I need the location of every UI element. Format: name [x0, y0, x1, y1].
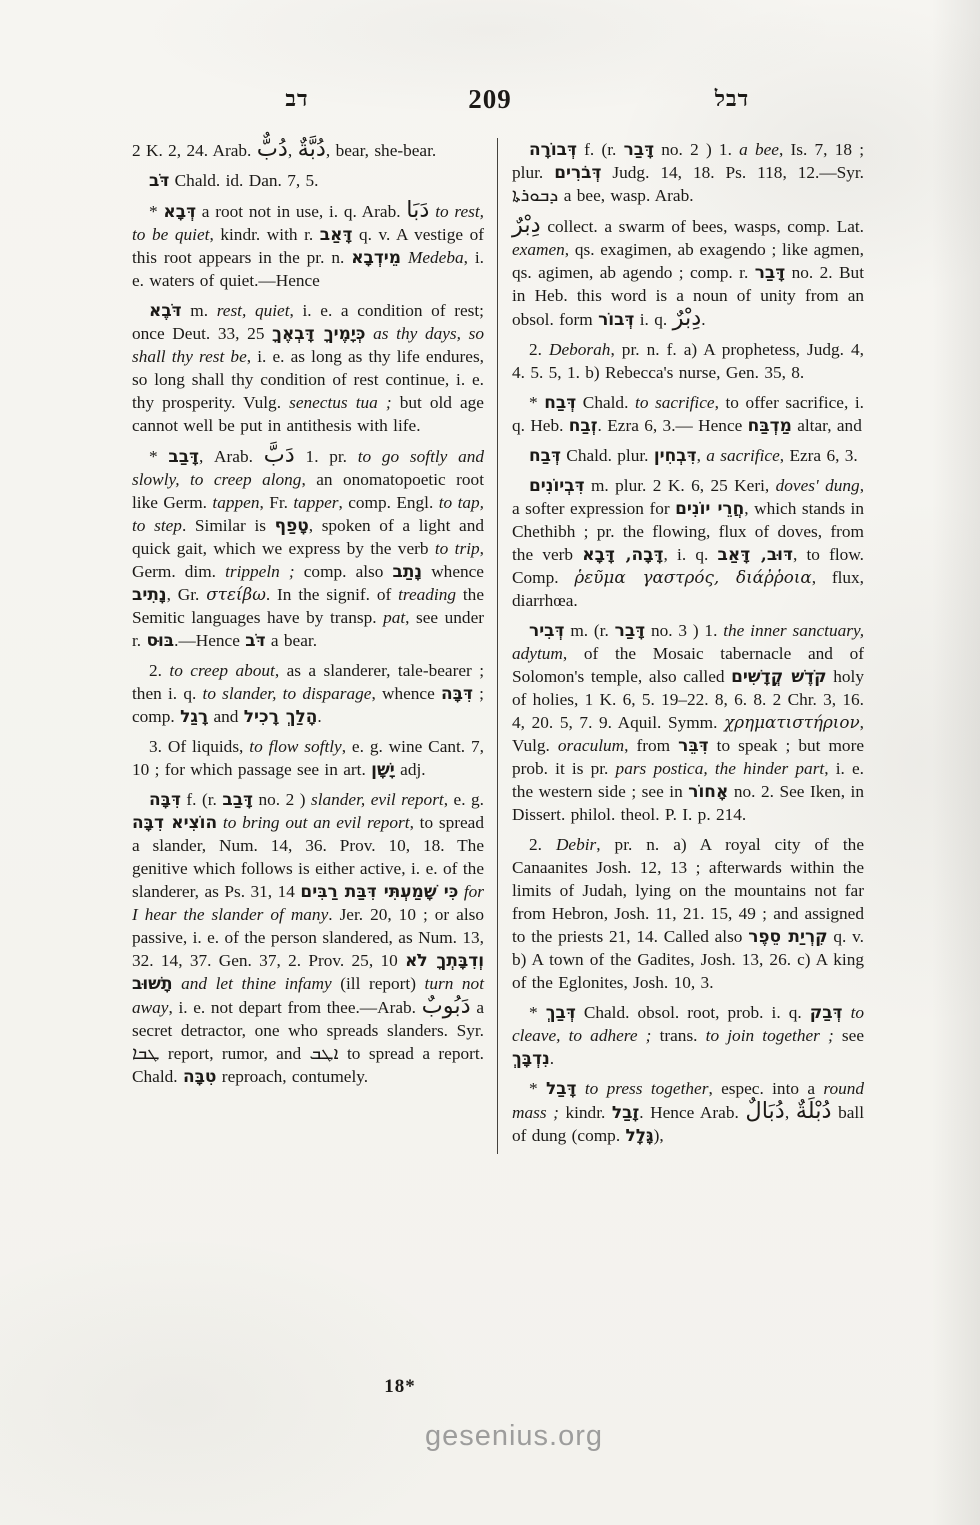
- heb-text: נָתִיב: [132, 584, 167, 604]
- ar-text: دَبُوبٌ: [422, 993, 471, 1019]
- it-text: treading: [398, 585, 456, 604]
- it-text: a sacrifice: [706, 446, 780, 465]
- text-segment: *: [529, 1003, 546, 1022]
- text-segment: , Fr.: [259, 493, 293, 512]
- entry-paragraph: * דָּבַל to press together, espec. into …: [512, 1077, 864, 1147]
- text-segment: 2 K. 2, 24. Arab.: [132, 141, 257, 160]
- entry-paragraph: 3. Of liquids, to flow softly, e. g. win…: [132, 735, 484, 781]
- text-segment: , Gr.: [167, 585, 207, 604]
- heb-text: דִּבֵּר: [678, 735, 708, 755]
- syr-text: ܕܒܘܪܬܐ: [512, 185, 558, 206]
- entry-paragraph: 2. Debir, pr. n. a) A royal city of the …: [512, 833, 864, 994]
- text-segment: a bee, wasp. Arab.: [558, 186, 693, 205]
- text-segment: Chald. id. Dan. 7, 5.: [169, 171, 318, 190]
- text-segment: collect. a swarm of bees, wasps, comp. L…: [541, 217, 864, 236]
- text-segment: , bear, she-bear.: [326, 141, 436, 160]
- it-text: tappen: [212, 493, 259, 512]
- ar-text: دِبْرٌ: [673, 305, 702, 331]
- gr-text: ῥεῦμα γαστρός, διάῤῥοια: [574, 567, 811, 587]
- heb-text: דָּבָה, דָּבָא: [582, 544, 663, 564]
- text-segment: Chald. obsol. root, prob. i. q.: [576, 1003, 810, 1022]
- text-segment: *: [149, 202, 163, 221]
- entry-paragraph: 2. to creep about, as a slanderer, tale-…: [132, 659, 484, 728]
- text-segment: ,: [288, 141, 298, 160]
- text-segment: whence: [422, 562, 484, 581]
- it-text: to sacrifice: [635, 393, 715, 412]
- heb-text: טָפַף: [275, 515, 309, 535]
- text-segment: trans.: [651, 1026, 705, 1045]
- text-segment: [843, 1003, 851, 1022]
- text-segment: i. q.: [634, 310, 672, 329]
- heb-text: כִּי שָׁמַעְתִּי דִּבַּת רַבִּים: [300, 881, 458, 901]
- text-segment: .: [550, 1049, 554, 1068]
- heb-text: דִּבָּה: [441, 683, 473, 703]
- it-text: to slander, to disparage: [203, 684, 372, 703]
- ar-text: دُبَالٌ: [745, 1098, 784, 1124]
- text-segment: . Ezra 6, 3.— Hence: [598, 416, 748, 435]
- text-segment: , from: [624, 736, 678, 755]
- heb-text: דָּבַב: [168, 446, 199, 466]
- heb-text: דּוּב, דָּאַב: [718, 544, 793, 564]
- text-segment: ,: [697, 446, 707, 465]
- entry-paragraph: דִּבָּה f. (r. דָּבַב no. 2 ) slander, e…: [132, 788, 484, 1088]
- entry-paragraph: דֹּב Chald. id. Dan. 7, 5.: [132, 169, 484, 192]
- text-segment: report, rumor, and: [160, 1044, 310, 1063]
- ar-text: دُبَّةٌ: [298, 136, 326, 162]
- heb-text: טִבָּה: [183, 1066, 216, 1086]
- text-segment: m. (r.: [564, 621, 614, 640]
- text-segment: 3. Of liquids,: [149, 737, 249, 756]
- text-segment: a root not in use, i. q. Arab.: [196, 202, 406, 221]
- text-segment: (ill report): [332, 974, 425, 993]
- text-segment: , e. g.: [444, 790, 484, 809]
- syr-text: ܐܛܒ: [310, 1043, 339, 1064]
- text-segment: , espec. into a: [708, 1079, 823, 1098]
- heb-text: דְּבִיר: [529, 620, 564, 640]
- text-segment: *: [149, 447, 168, 466]
- text-segment: , Arab.: [199, 447, 264, 466]
- text-segment: and: [208, 707, 244, 726]
- text-segment: m.: [182, 301, 217, 320]
- text-segment: f. (r.: [181, 790, 222, 809]
- it-text: pars postica, the hinder part: [616, 759, 825, 778]
- page-number: 209: [430, 84, 550, 115]
- heb-text: דְּבַךְ: [546, 1002, 576, 1022]
- entry-paragraph: * דְּבָא a root not in use, i. q. Arab. …: [132, 199, 484, 292]
- text-segment: , Ezra 6, 3.: [780, 446, 858, 465]
- it-text: Medeba: [408, 248, 464, 267]
- text-segment: *: [529, 1079, 546, 1098]
- text-segment: 2.: [529, 835, 556, 854]
- it-text: senectus tua ;: [289, 393, 392, 412]
- heb-text: דְּבַח: [529, 445, 561, 465]
- entry-paragraph: דְּבִיר m. (r. דָּבַר no. 3 ) 1. the inn…: [512, 619, 864, 826]
- it-text: oraculum: [558, 736, 624, 755]
- heb-text: מַדְבַּח: [748, 415, 792, 435]
- entry-paragraph: דִּבְיוֹנִים m. plur. 2 K. 6, 25 Keri, d…: [512, 474, 864, 612]
- heb-text: אָחוֹר: [688, 781, 728, 801]
- ar-text: دُبٌّ: [257, 136, 288, 162]
- syr-text: ܛܒܐ: [132, 1043, 160, 1064]
- heb-text: נִדְבָּךְ: [512, 1048, 550, 1068]
- it-text: slander, evil report: [311, 790, 444, 809]
- page-header: דב 209 דבל: [0, 84, 980, 124]
- text-segment: .: [317, 707, 321, 726]
- text-segment: , kindr. with r.: [209, 225, 319, 244]
- text-segment: [365, 324, 373, 343]
- heb-text: דָּבַר: [624, 139, 654, 159]
- text-segment: reproach, contumely.: [216, 1067, 368, 1086]
- entry-paragraph: דְּבַח Chald. plur. דִּבְחִין, a sacrifi…: [512, 444, 864, 467]
- it-text: rest, quiet: [217, 301, 290, 320]
- it-text: Deborah: [549, 340, 610, 359]
- heb-text: נָתַב: [393, 561, 423, 581]
- heb-text: דְּבוֹרָה: [529, 139, 577, 159]
- text-segment: 2.: [529, 340, 549, 359]
- text-segment: [577, 1079, 585, 1098]
- watermark: gesenius.org: [425, 1420, 603, 1453]
- it-text: Debir: [556, 835, 596, 854]
- heb-text: דֹּב: [149, 170, 169, 190]
- entry-paragraph: * דְּבַךְ Chald. obsol. root, prob. i. q…: [512, 1001, 864, 1070]
- column-right: דְּבוֹרָה f. (r. דָּבַר no. 2 ) 1. a bee…: [497, 138, 864, 1154]
- heb-text: גָּלָל: [626, 1125, 654, 1145]
- scanned-lexicon-page: דב 209 דבל 2 K. 2, 24. Arab. دُبٌّ, دُبَ…: [0, 0, 980, 1525]
- text-segment: 1. pr.: [295, 447, 358, 466]
- text-segment: .—Hence: [174, 631, 245, 650]
- text-segment: . Similar is: [182, 516, 275, 535]
- entry-paragraph: דְּבוֹרָה f. (r. דָּבַר no. 2 ) 1. a bee…: [512, 138, 864, 207]
- heb-text: דְּבַח: [544, 392, 576, 412]
- ar-text: دُبْلَةٌ: [796, 1098, 832, 1124]
- text-segment: kindr.: [559, 1103, 612, 1122]
- it-text: and let thine infamy: [181, 974, 332, 993]
- entry-paragraph: دِبْرٌ collect. a swarm of bees, wasps, …: [512, 214, 864, 331]
- heb-text: זְבַח: [569, 415, 598, 435]
- it-text: tapper: [293, 493, 338, 512]
- text-segment: , i. e. not depart from thee.—Arab.: [168, 998, 421, 1017]
- text-segment: a bear.: [266, 631, 318, 650]
- entry-paragraph: דֹּבֶא m. rest, quiet, i. e. a condition…: [132, 299, 484, 437]
- text-segment: no. 2 ): [253, 790, 311, 809]
- text-segment: m. plur. 2 K. 6, 25 Keri,: [585, 476, 776, 495]
- heb-text: דְּבֹרִים: [554, 162, 601, 182]
- text-segment: , i. q.: [663, 545, 717, 564]
- heb-text: קֹדֶשׁ קֳדָשִׁים: [731, 666, 827, 686]
- gr-text: χρηματιστήριον: [724, 712, 860, 732]
- text-segment: see: [834, 1026, 864, 1045]
- it-text: doves' dung: [776, 476, 860, 495]
- ar-text: دَبَا: [406, 197, 429, 223]
- heb-text: יָשָׁן: [371, 759, 395, 779]
- heb-text: דָּבַר: [615, 620, 645, 640]
- text-segment: ,: [785, 1103, 796, 1122]
- heb-text: חֲרֵי יוֹנִים: [675, 498, 744, 518]
- text-segment: , comp. Engl.: [338, 493, 438, 512]
- signature-mark: 18*: [360, 1376, 440, 1398]
- text-segment: . Hence Arab.: [639, 1103, 745, 1122]
- text-segment: altar, and: [792, 416, 862, 435]
- heb-text: רָגַל: [180, 706, 208, 726]
- it-text: pat: [383, 608, 405, 627]
- it-text: to press together: [585, 1079, 709, 1098]
- entry-paragraph: * דְּבַח Chald. to sacrifice, to offer s…: [512, 391, 864, 437]
- heb-text: קִרְיַת סֵפֶר: [748, 926, 827, 946]
- text-segment: f. (r.: [577, 140, 624, 159]
- it-text: to trip: [435, 539, 480, 558]
- heb-text: מֵידְבָא: [351, 247, 401, 267]
- scan-edge-shading: [932, 0, 980, 1525]
- text-segment: *: [529, 393, 544, 412]
- heb-text: דָּבַב: [222, 789, 253, 809]
- heb-text: דְּבַק: [810, 1002, 843, 1022]
- heb-text: הָלַךְ רָכִיל: [244, 706, 318, 726]
- column-left: 2 K. 2, 24. Arab. دُبٌّ, دُبَّةٌ, bear, …: [132, 138, 497, 1154]
- heb-text: בּוּס: [146, 630, 174, 650]
- text-segment: Judg. 14, 18. Ps. 118, 12.—Syr.: [601, 163, 864, 182]
- text-segment: , whence: [371, 684, 441, 703]
- heb-text: הוֹצִיא דִבָּה: [132, 812, 217, 832]
- heb-text: כְּיָמֶיךָ דָּבְאֶךָ: [272, 323, 365, 343]
- text-segment: Chald.: [576, 393, 635, 412]
- text-segment: [401, 248, 408, 267]
- heb-text: דָּאַב: [320, 224, 353, 244]
- heb-text: דָּבַר: [755, 262, 785, 282]
- it-text: examen: [512, 240, 565, 259]
- text-segment: adj.: [395, 760, 426, 779]
- heb-text: דִּבְיוֹנִים: [529, 475, 585, 495]
- ar-text: دِبْرٌ: [512, 212, 541, 238]
- entry-paragraph: 2 K. 2, 24. Arab. دُبٌّ, دُبَّةٌ, bear, …: [132, 138, 484, 162]
- heb-text: דְּבָא: [163, 201, 196, 221]
- it-text: to bring out an evil report: [223, 813, 410, 832]
- heb-text: דֹּבֶא: [149, 300, 182, 320]
- gr-text: στείβω: [206, 584, 266, 604]
- text-segment: [173, 974, 182, 993]
- text-segment: .: [701, 310, 705, 329]
- heb-text: דְּבוֹר: [598, 309, 634, 329]
- text-segment: . In the signif. of: [266, 585, 398, 604]
- catchword-right: דבל: [672, 86, 792, 112]
- it-text: a bee: [739, 140, 779, 159]
- it-text: to join together ;: [706, 1026, 834, 1045]
- text-segment: comp. also: [295, 562, 393, 581]
- entry-paragraph: * דָּבַב, Arab. دَبَّ 1. pr. to go softl…: [132, 444, 484, 652]
- it-text: to flow softly: [249, 737, 341, 756]
- entry-paragraph: 2. Deborah, pr. n. f. a) A prophetess, J…: [512, 338, 864, 384]
- heb-text: דָּבַל: [546, 1078, 577, 1098]
- text-segment: ),: [654, 1126, 664, 1145]
- text-segment: Chald. plur.: [561, 446, 654, 465]
- text-segment: 2.: [149, 661, 169, 680]
- heb-text: דִּבְחִין: [654, 445, 697, 465]
- heb-text: דִּבָּה: [149, 789, 181, 809]
- text-columns: 2 K. 2, 24. Arab. دُبٌّ, دُبَّةٌ, bear, …: [132, 138, 864, 1154]
- heb-text: דֹּב: [245, 630, 265, 650]
- it-text: trippeln ;: [225, 562, 295, 581]
- it-text: to creep about: [169, 661, 274, 680]
- catchword-left: דב: [237, 86, 357, 112]
- text-segment: no. 3 ) 1.: [645, 621, 723, 640]
- ar-text: دَبَّ: [264, 442, 295, 468]
- text-segment: no. 2 ) 1.: [654, 140, 739, 159]
- heb-text: זָבַל: [612, 1102, 639, 1122]
